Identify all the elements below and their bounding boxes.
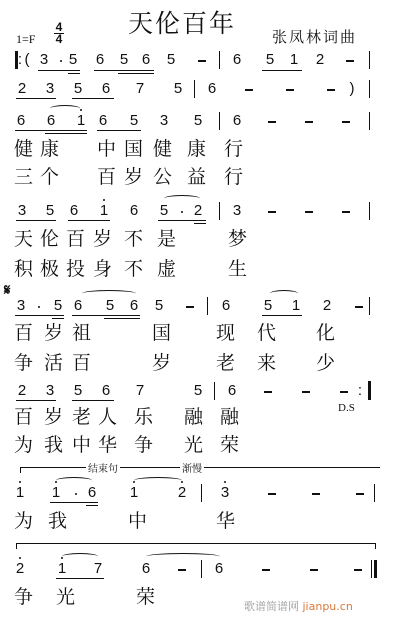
watermark: 歌谱简谱网 jianpu.cn xyxy=(244,598,353,614)
repeat-end-barline xyxy=(368,381,371,400)
composer-credit: 张凤林词曲 xyxy=(272,26,357,47)
key-signature: 1=F xyxy=(16,32,35,47)
time-signature: 4 4 xyxy=(54,22,64,45)
tempo-ritardando-label: 渐慢 xyxy=(180,460,204,475)
segno-sign: 𝄋 xyxy=(4,281,10,299)
song-title: 天伦百年 xyxy=(128,4,236,40)
ds-marking: D.S xyxy=(338,402,355,414)
final-barline xyxy=(374,560,377,578)
ending-label: 结束句 xyxy=(86,460,120,475)
